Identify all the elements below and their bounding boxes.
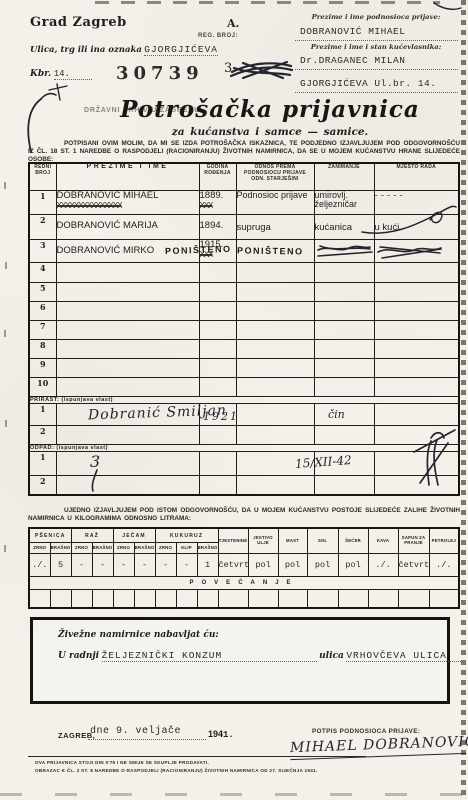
household-row-2: 2 DOBRANOVIĆ MARIJA 1894. supruga kućani… (29, 214, 459, 239)
odpad-label: ODPAD: (ispunjava vlast) (29, 444, 459, 451)
handwritten-prirast-year: 1921 (203, 410, 239, 423)
sub-zrno: ZRNO (71, 543, 92, 554)
name-typed: DOBRANOVIĆ MIHAEL (57, 190, 159, 201)
row-num: 2 (29, 425, 56, 444)
col-header-name: PREZIME I IME (56, 163, 199, 190)
footer-rule (28, 756, 366, 757)
member-relation: supruga (236, 214, 314, 239)
sub-zrno: ZRNO (29, 543, 50, 554)
year-printed: 194 (208, 729, 223, 739)
row-num: 10 (29, 377, 56, 396)
kbr-value: 14. (54, 69, 92, 80)
value-cell: - (113, 554, 134, 577)
landlord-value: Dr.DRAGANEC MILAN (300, 55, 405, 66)
group-raz: RAŽ (71, 528, 113, 543)
sub-brasno: BRAŠNO (197, 543, 218, 554)
member-occupation (314, 239, 374, 262)
row-num: 2 (29, 214, 56, 239)
value-cell: četvrt (398, 554, 429, 577)
row-num: 8 (29, 339, 56, 358)
group-jecam: JEČAM (113, 528, 155, 543)
shop-street-value: VRHOVČEVA ULICA (346, 650, 461, 662)
member-name: DOBRANOVIĆ MARIJA (56, 214, 199, 239)
member-occupation: umirovlj. željezničar (314, 190, 374, 214)
member-year: 1894. (199, 214, 236, 239)
scanned-form-page: { "header": { "city": "Grad Zagreb", "se… (0, 0, 468, 800)
col-header-occupation: ZANIMANJE (314, 163, 374, 190)
pen-check-mark (41, 94, 56, 99)
value-cell: - (155, 554, 176, 577)
dotted-line (295, 68, 458, 70)
shop-name-value: ŽELJEZNIČKI KONZUM (102, 650, 317, 662)
pen-j-mark (57, 84, 60, 100)
household-table: REDNI BROJ PREZIME I IME GODINA ROĐENJA … (28, 162, 460, 496)
household-row-8: 8 (29, 339, 459, 358)
value-cell: pol (278, 554, 307, 577)
cancelled-stamp: PONIŠTENO (165, 243, 232, 255)
sub-brasno: BRAŠNO (50, 543, 71, 554)
value-cell: pol (338, 554, 368, 577)
member-year: 1889. XXX (199, 190, 236, 214)
date-typed: dne 9. veljače (90, 726, 181, 737)
col-header-workplace: MJESTO RADA (374, 163, 459, 190)
row-num: 1 (29, 190, 56, 214)
form-subtitle: za kućanstva i samce — samice. (100, 126, 440, 138)
ration-group-header-row: PŠENICA RAŽ JEČAM KUKURUZ TJESTENINE JES… (29, 528, 459, 543)
row-num: 6 (29, 301, 56, 320)
member-occupation: kućanica (314, 214, 374, 239)
value-cell: pol (248, 554, 278, 577)
sub-brasno: BRAŠNO (134, 543, 155, 554)
perforated-right-edge (461, 0, 466, 800)
margin-tick (5, 262, 7, 269)
row-num: 9 (29, 358, 56, 377)
col-header-year: GODINA ROĐENJA (199, 163, 236, 190)
col-secer: ŠEĆER (338, 528, 368, 554)
row-num: 7 (29, 320, 56, 339)
sub-zrno: ZRNO (155, 543, 176, 554)
household-row-9: 9 (29, 358, 459, 377)
member-name: DOBRANOVIĆ MIRKO PONIŠTENO (56, 239, 199, 262)
odpad-label-row: ODPAD: (ispunjava vlast) (29, 444, 459, 451)
sub-klip: KLIP (176, 543, 197, 554)
crossed-out-number: 3 (224, 61, 232, 76)
household-row-7: 7 (29, 320, 459, 339)
povecanje-empty-row (29, 590, 459, 609)
row-num: 1 (29, 451, 56, 475)
reg-number-label: REG. BROJ: (198, 33, 238, 39)
group-kukuruz: KUKURUZ (155, 528, 218, 543)
number-scribble (231, 62, 292, 78)
scan-top-edge (95, 1, 440, 4)
street-value: GJORGJIĆEVA (144, 44, 218, 56)
value-cell: - (92, 554, 113, 577)
ration-values-row: ./. 5 - - - - - - 1 četvrt pol pol pol p… (29, 554, 459, 577)
margin-tick (4, 182, 6, 189)
sub-brasno: BRAŠNO (92, 543, 113, 554)
dotted-line (295, 39, 458, 41)
section-letter: A. (227, 17, 239, 30)
applicant-label: Prezime i ime podnosioca prijave: (295, 13, 457, 21)
street-field: Ulica, trg ili ina oznaka GJORGJIĆEVA (30, 44, 218, 55)
col-sapun: SAPUN ZA PRANJE (398, 528, 429, 554)
col-sol: SOL (307, 528, 338, 554)
row-num: 4 (29, 262, 56, 282)
household-header-row: REDNI BROJ PREZIME I IME GODINA ROĐENJA … (29, 163, 459, 190)
street-label: Ulica, trg ili ina oznaka (30, 45, 142, 55)
member-name: DOBRANOVIĆ MIHAEL XXXXXXXXXXXXXXX (56, 190, 199, 214)
value-cell: - (134, 554, 155, 577)
household-row-6: 6 (29, 301, 459, 320)
prirast-label-row: PRIRAST: (ispunjava vlast) (29, 396, 459, 403)
form-title: Potrošačka prijavnica (100, 96, 440, 123)
household-row-4: 4 (29, 262, 459, 282)
row-num: 1 (29, 403, 56, 425)
shop-line: U radnji ŽELJEZNIČKI KONZUM ulica VRHOVČ… (58, 650, 461, 662)
ration-stock-table: PŠENICA RAŽ JEČAM KUKURUZ TJESTENINE JES… (28, 527, 460, 609)
value-cell: ./. (429, 554, 459, 577)
group-psenica: PŠENICA (29, 528, 71, 543)
margin-tick (4, 545, 6, 552)
year-typed: 1889. (200, 190, 224, 201)
pen-j-mark (49, 86, 67, 90)
applicant-value: DOBRANOVIĆ MIHAEL (300, 26, 405, 37)
year-overstrike: XXX (200, 201, 213, 210)
member-relation: Podnosioc prijave (236, 190, 314, 214)
value-cell: pol (307, 554, 338, 577)
declaration-paragraph-2: UJEDNO IZJAVLJUJEM POD ISTOM ODGOVORNOŠĆ… (28, 507, 460, 523)
povecanje-label: POVEĆANJE (29, 577, 459, 590)
shop-radnji-label: U radnji (58, 651, 99, 661)
value-cell: ./. (29, 554, 50, 577)
landlord-address: GJORGJIĆEVA Ul.br. 14. (300, 78, 436, 89)
margin-tick (4, 330, 6, 337)
handwritten-prirast-occupation: čin (328, 408, 345, 421)
signature-label: POTPIS PODNOSIOCA PRIJAVE: (312, 728, 420, 735)
col-jestivo-ulje: JESTIVO ULJE (248, 528, 278, 554)
value-cell: - (71, 554, 92, 577)
value-cell: - (176, 554, 197, 577)
house-number-field: Kbr. 14. (30, 68, 92, 80)
value-cell: četvrt (218, 554, 248, 577)
col-kava: KAVA (368, 528, 398, 554)
household-row-10: 10 (29, 377, 459, 396)
prirast-row-2: 2 (29, 425, 459, 444)
dotted-line (295, 91, 458, 93)
odpad-row-2: 2 (29, 475, 459, 495)
handwritten-odpad-note: 3 (90, 452, 100, 471)
registration-number-stamp: 30739 (116, 63, 204, 84)
row-num: 5 (29, 282, 56, 301)
year-typed: 1. (223, 730, 234, 740)
name-typed: DOBRANOVIĆ MIRKO (57, 245, 155, 256)
kbr-label: Kbr. (30, 69, 51, 79)
col-header-num: REDNI BROJ (29, 163, 56, 190)
member-workplace: - - - - - (374, 190, 459, 214)
value-cell: ./. (368, 554, 398, 577)
value-cell: 5 (50, 554, 71, 577)
shop-ulica-label: ulica (319, 651, 344, 661)
dotted-line (88, 738, 206, 740)
col-petrolej: PETROLEJ (429, 528, 459, 554)
city-name: Grad Zagreb (30, 15, 127, 30)
fine-print-line-2: OBRAZAC K ČL. 2 ST. 8 NAREDBE O RASPODJE… (35, 768, 318, 773)
row-num: 2 (29, 475, 56, 495)
value-cell: 1 (197, 554, 218, 577)
povecanje-row: POVEĆANJE (29, 577, 459, 590)
col-mast: MAST (278, 528, 307, 554)
prirast-label: PRIRAST: (ispunjava vlast) (29, 396, 459, 403)
name-overstrike: XXXXXXXXXXXXXXX (57, 201, 122, 210)
shop-intro: Živežne namirnice nabavljat ću: (58, 630, 219, 640)
member-workplace: u kući (374, 214, 459, 239)
col-header-relation: ODNOS PREMA PODNOSIOCU PRIJAVE ODN. STAR… (236, 163, 314, 190)
margin-tick (5, 420, 7, 427)
household-row-3: 3 DOBRANOVIĆ MIRKO PONIŠTENO 1915. XXX P… (29, 239, 459, 262)
member-workplace (374, 239, 459, 262)
scan-bottom-edge (0, 793, 468, 796)
row-num: 3 (29, 239, 56, 262)
col-tjestenine: TJESTENINE (218, 528, 248, 554)
fine-print-line-1: OVA PRIJAVNICA STOJI DIN 0'75 I NE SMIJE… (35, 760, 209, 765)
sub-zrno: ZRNO (113, 543, 134, 554)
declaration-paragraph-1: POTPISANI OVIM MOLIM, DA MI SE IZDA POTR… (28, 140, 460, 164)
odpad-note-cell (56, 451, 199, 475)
landlord-label: Prezime i ime i stan kućevlasnika: (295, 43, 457, 51)
member-relation: PONIŠTENO (236, 239, 314, 262)
household-row-1: 1 DOBRANOVIĆ MIHAEL XXXXXXXXXXXXXXX 1889… (29, 190, 459, 214)
cancelled-stamp: PONIŠTENO (236, 245, 303, 256)
year-field: 1941. (208, 729, 234, 740)
household-row-5: 5 (29, 282, 459, 301)
